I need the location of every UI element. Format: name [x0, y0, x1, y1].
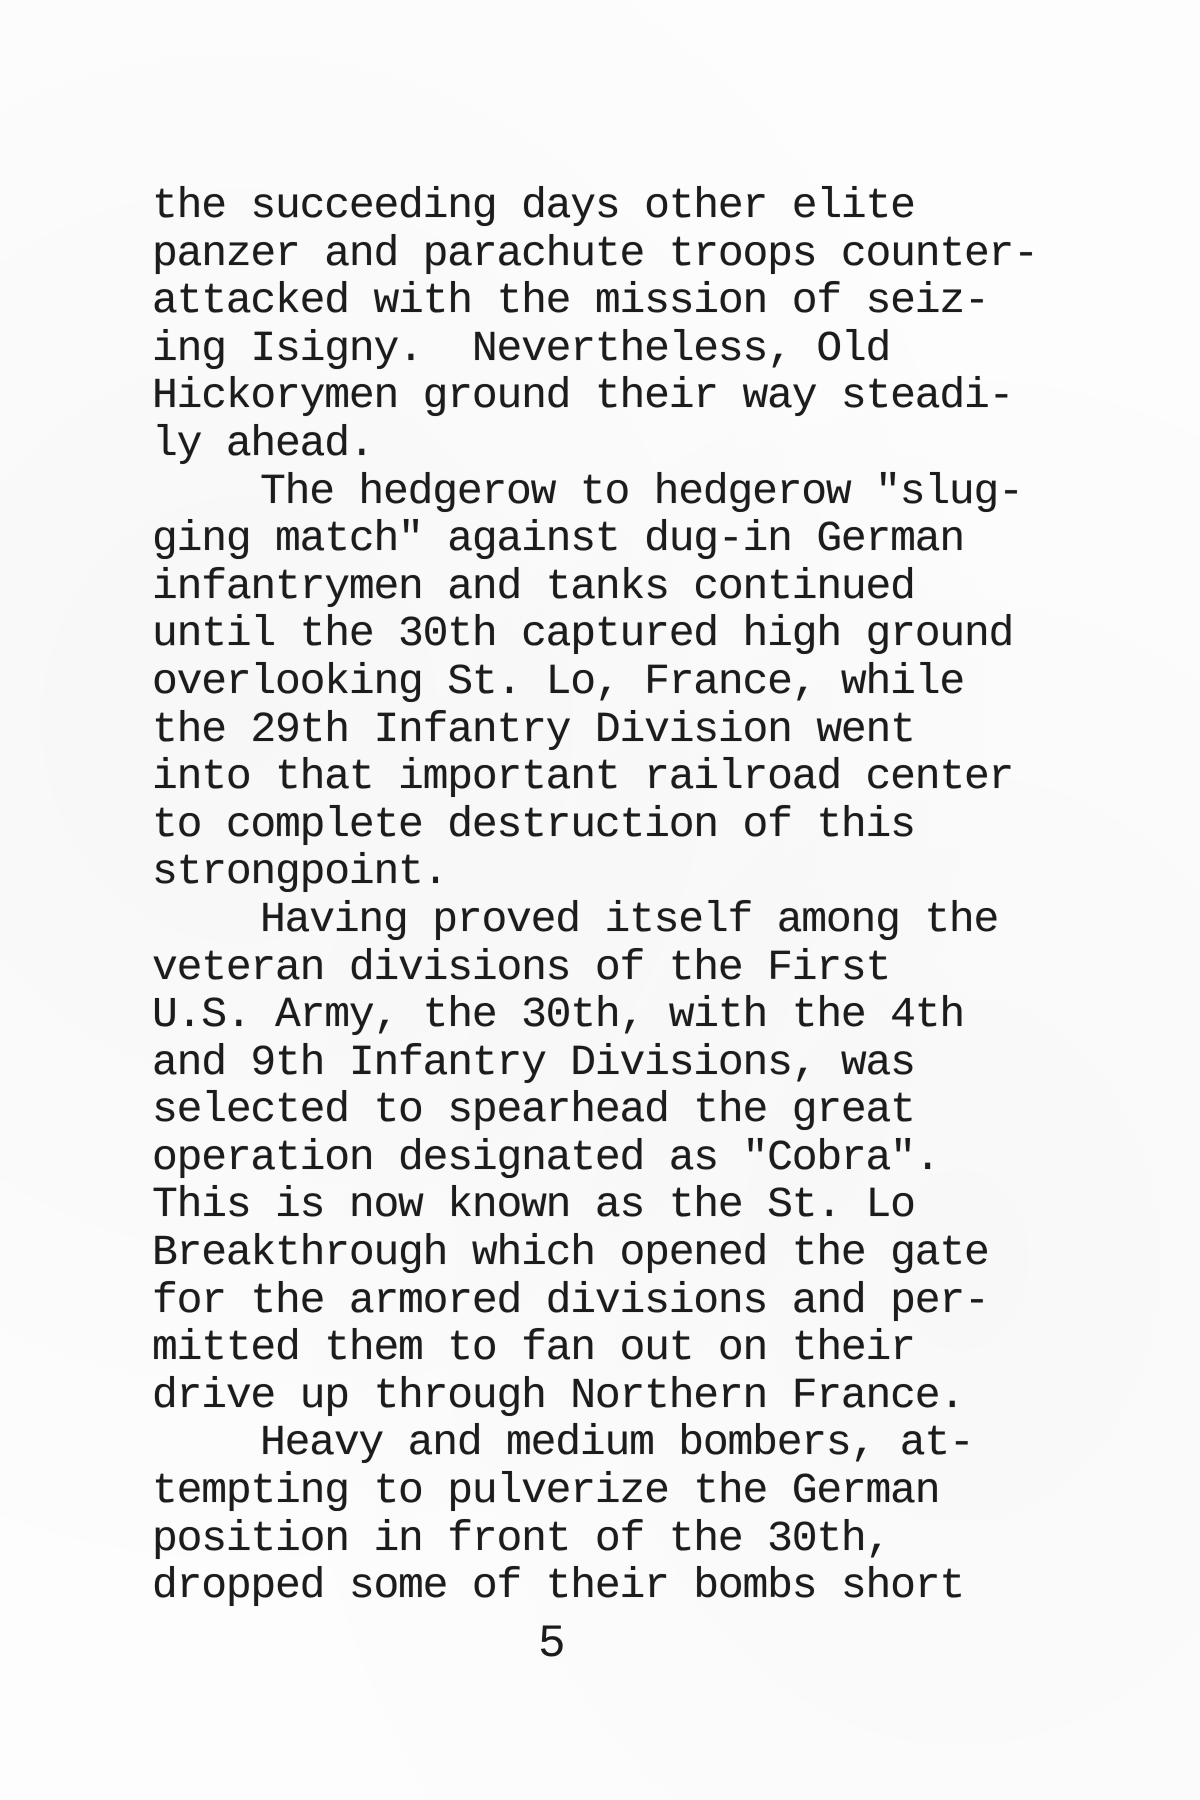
text-line: strongpoint.: [152, 848, 1092, 896]
text-line: ging match" against dug-in German: [152, 515, 1092, 563]
paragraph-first-line: Having proved itself among the: [152, 896, 1092, 944]
paragraph-first-line: The hedgerow to hedgerow "slug-: [152, 468, 1092, 516]
text-line: and 9th Infantry Divisions, was: [152, 1039, 1092, 1087]
text-line: operation designated as "Cobra".: [152, 1134, 1092, 1182]
text-line: the succeeding days other elite: [152, 182, 1092, 230]
text-line: Breakthrough which opened the gate: [152, 1229, 1092, 1277]
text-line: infantrymen and tanks continued: [152, 563, 1092, 611]
text-line: mitted them to fan out on their: [152, 1324, 1092, 1372]
text-line: ly ahead.: [152, 420, 1092, 468]
body-text: the succeeding days other elitepanzer an…: [152, 182, 1092, 1610]
text-line: selected to spearhead the great: [152, 1086, 1092, 1134]
text-line: until the 30th captured high ground: [152, 610, 1092, 658]
text-line: the 29th Infantry Division went: [152, 706, 1092, 754]
text-line: U.S. Army, the 30th, with the 4th: [152, 991, 1092, 1039]
text-line: for the armored divisions and per-: [152, 1277, 1092, 1325]
text-line: drive up through Northern France.: [152, 1372, 1092, 1420]
text-line: tempting to pulverize the German: [152, 1467, 1092, 1515]
text-line: panzer and parachute troops counter-: [152, 230, 1092, 278]
text-line: attacked with the mission of seiz-: [152, 277, 1092, 325]
text-line: ing Isigny. Nevertheless, Old: [152, 325, 1092, 373]
text-line: Hickorymen ground their way steadi-: [152, 372, 1092, 420]
text-line: position in front of the 30th,: [152, 1515, 1092, 1563]
text-line: to complete destruction of this: [152, 801, 1092, 849]
text-line: into that important railroad center: [152, 753, 1092, 801]
document-page: the succeeding days other elitepanzer an…: [0, 0, 1200, 1800]
text-line: overlooking St. Lo, France, while: [152, 658, 1092, 706]
text-line: veteran divisions of the First: [152, 944, 1092, 992]
text-line: dropped some of their bombs short: [152, 1562, 1092, 1610]
page-number: 5: [538, 1618, 566, 1670]
paragraph-first-line: Heavy and medium bombers, at-: [152, 1419, 1092, 1467]
text-line: This is now known as the St. Lo: [152, 1181, 1092, 1229]
